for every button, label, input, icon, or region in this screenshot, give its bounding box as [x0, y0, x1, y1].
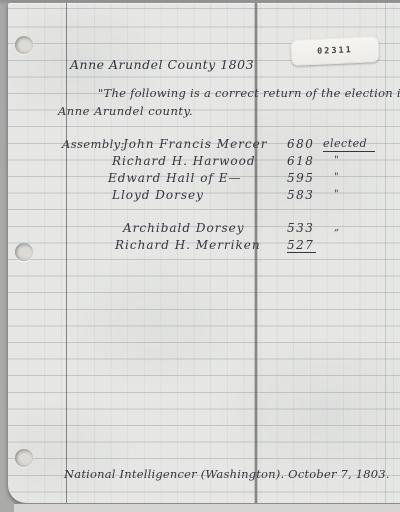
vote-count: 680	[287, 137, 314, 151]
source-citation: National Intelligencer (Washington). Oct…	[64, 467, 390, 481]
intro-line-2: Anne Arundel county.	[58, 104, 193, 118]
result-row: Edward Hall of E— 595 "	[8, 171, 400, 187]
result-row: Lloyd Dorsey 583 "	[8, 188, 400, 204]
intro-line-1: "The following is a correct return of th…	[98, 86, 400, 100]
result-row: Archibald Dorsey 533 „	[8, 221, 400, 237]
candidate-name: Lloyd Dorsey	[112, 188, 204, 202]
section-label: Assembly:	[62, 137, 125, 151]
scanned-paper-sheet: 02311 Anne Arundel County 1803 "The foll…	[8, 3, 400, 503]
vote-count: 583	[287, 188, 314, 202]
page-title: Anne Arundel County 1803	[70, 58, 254, 72]
vote-count: 527	[287, 238, 316, 253]
vote-count: 533	[287, 221, 314, 235]
result-row: Assembly: John Francis Mercer 680 electe…	[8, 137, 400, 153]
result-note: elected	[323, 137, 375, 152]
candidate-name: Richard H. Harwood	[112, 154, 256, 168]
vote-count: 618	[287, 154, 314, 168]
result-row: Richard H. Merriken 527	[8, 238, 400, 254]
ditto-mark: "	[334, 171, 339, 185]
catalog-sticker: 02311	[290, 36, 379, 66]
candidate-name: Archibald Dorsey	[123, 221, 244, 235]
candidate-name: Richard H. Merriken	[115, 238, 261, 252]
punch-hole-bottom	[15, 449, 33, 467]
candidate-name: John Francis Mercer	[123, 137, 267, 151]
punch-hole-top	[15, 36, 33, 54]
vote-count: 595	[287, 171, 314, 185]
result-row: Richard H. Harwood 618 "	[8, 154, 400, 170]
catalog-number: 02311	[317, 45, 353, 57]
ditto-mark: "	[334, 154, 339, 168]
ditto-mark: „	[334, 221, 340, 235]
candidate-name: Edward Hall of E—	[108, 171, 241, 185]
sheet-below-edge	[14, 503, 400, 512]
ditto-mark: "	[334, 188, 339, 202]
